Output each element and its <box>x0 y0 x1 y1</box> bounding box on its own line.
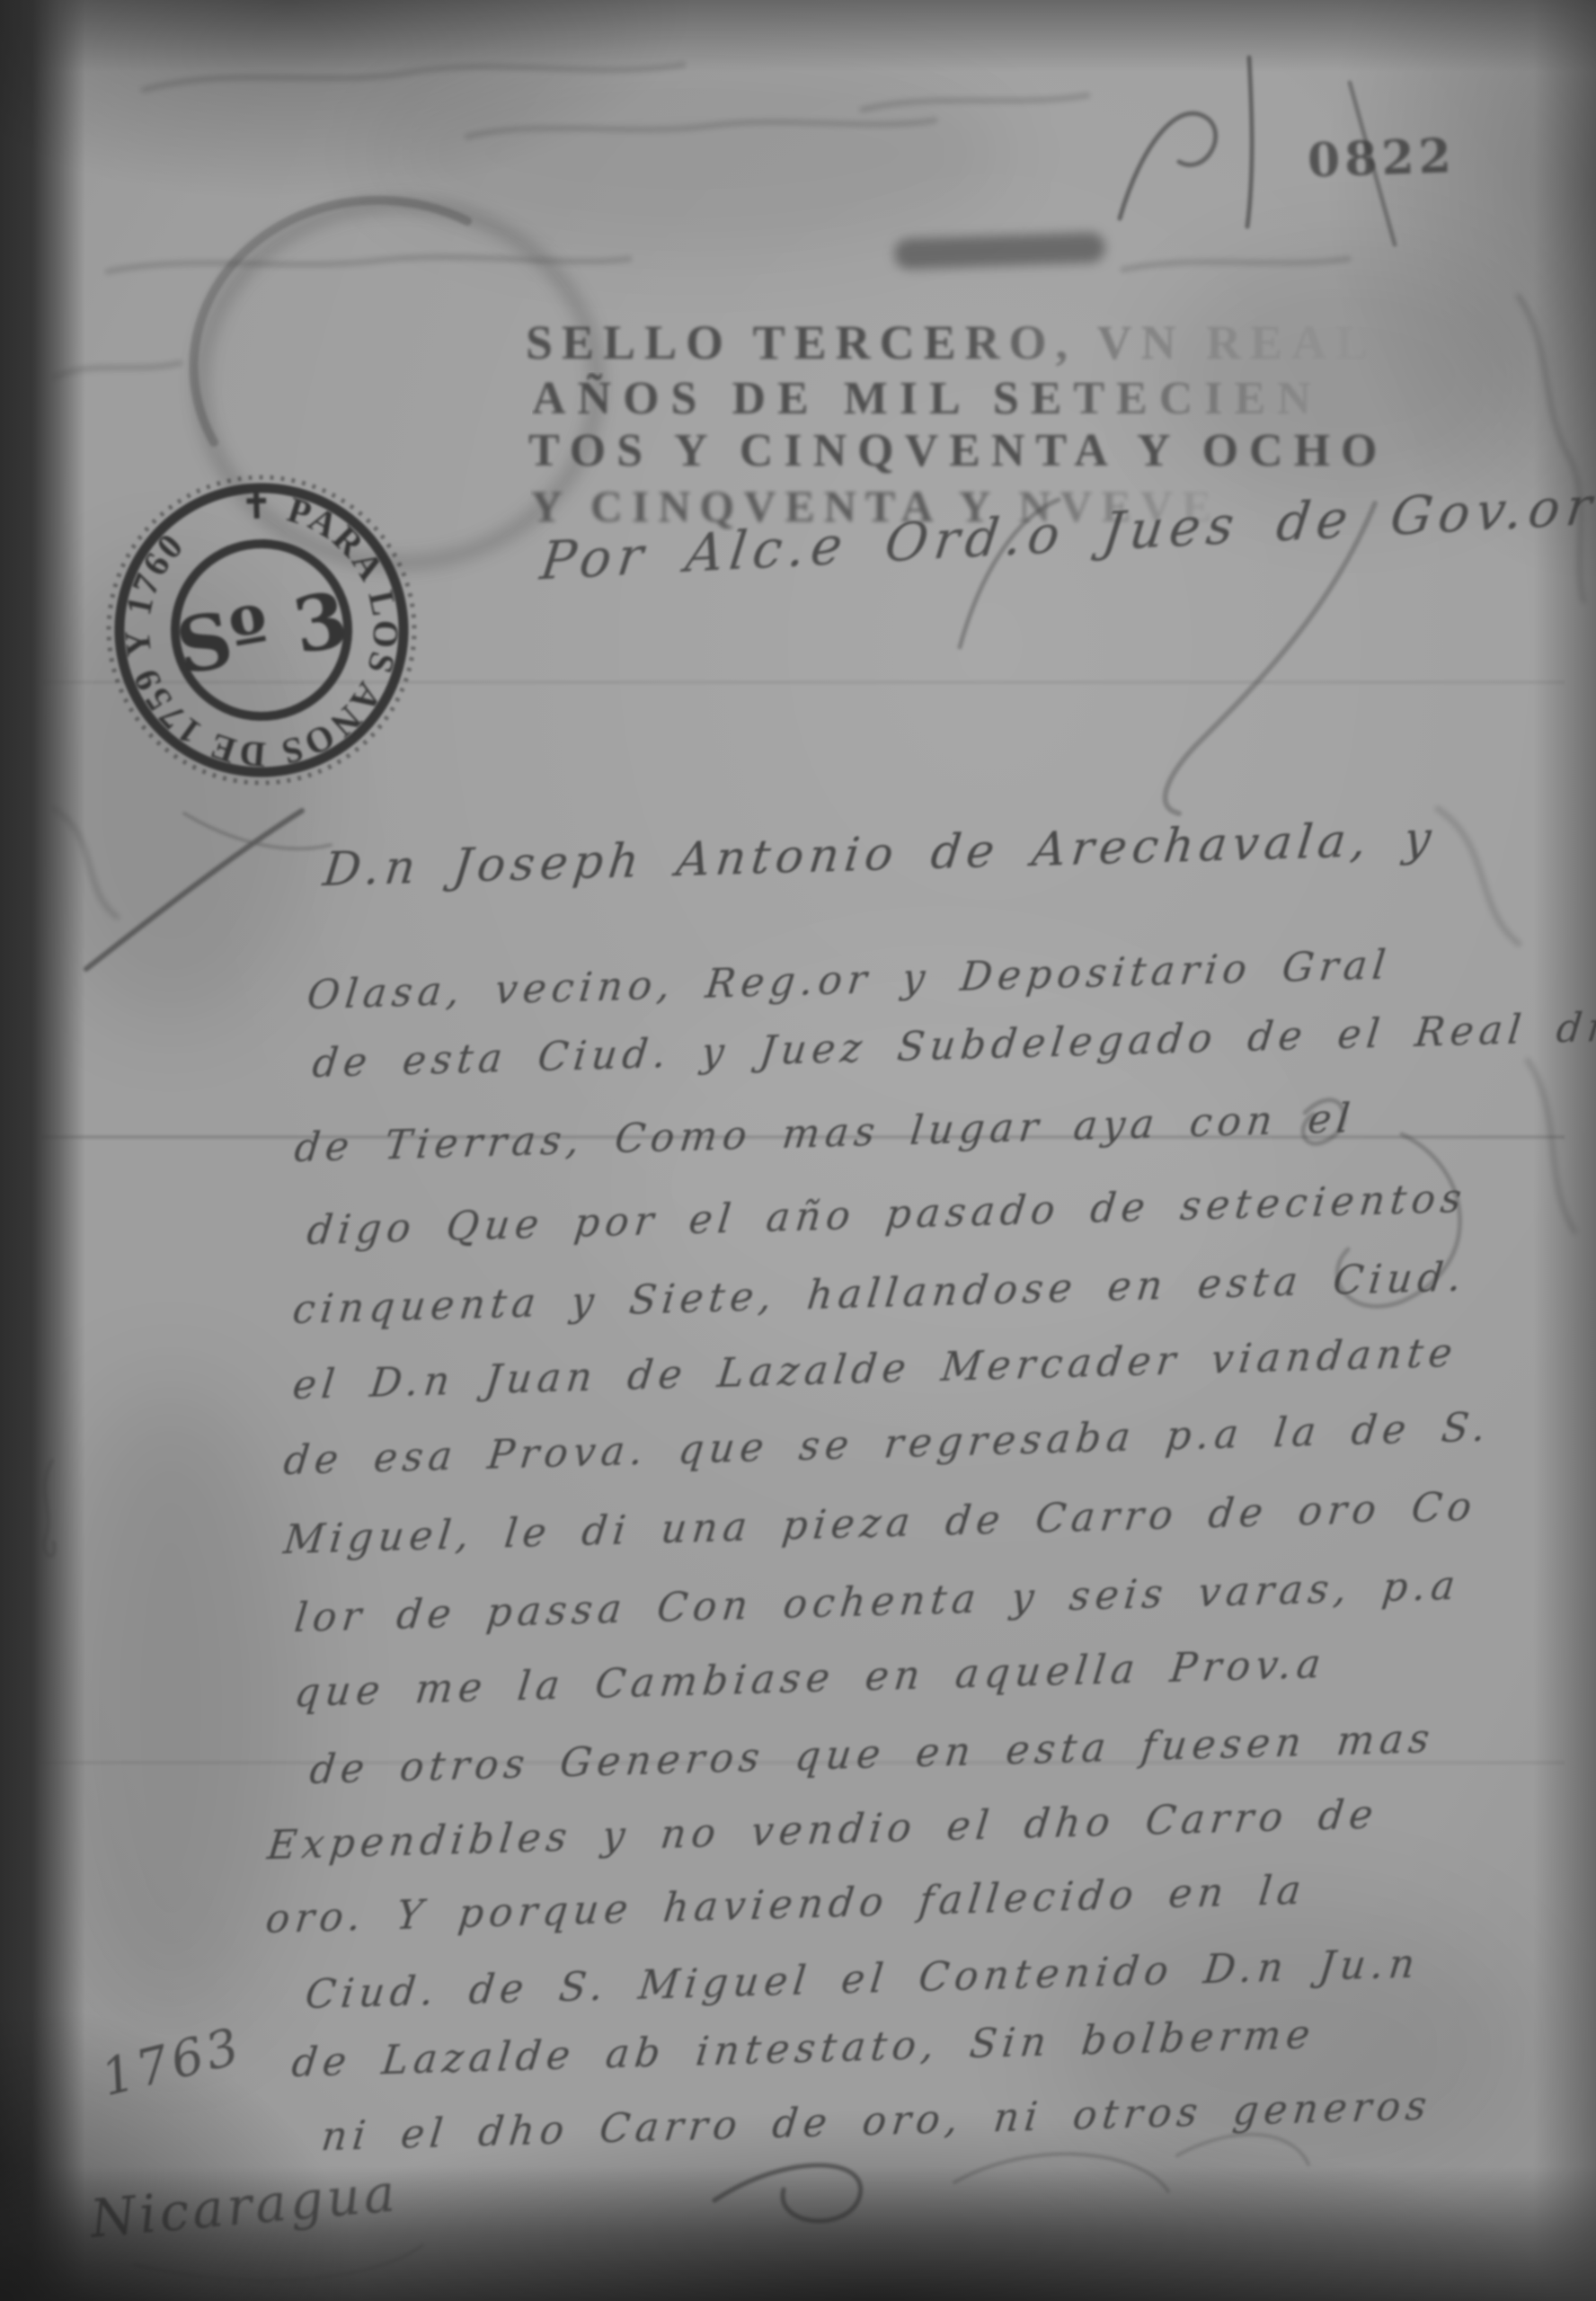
manuscript-page: 0822 SELLO TERCERO, VN REAL AÑOS DE MIL … <box>0 0 1596 2301</box>
corner-vignette <box>0 0 1596 2301</box>
